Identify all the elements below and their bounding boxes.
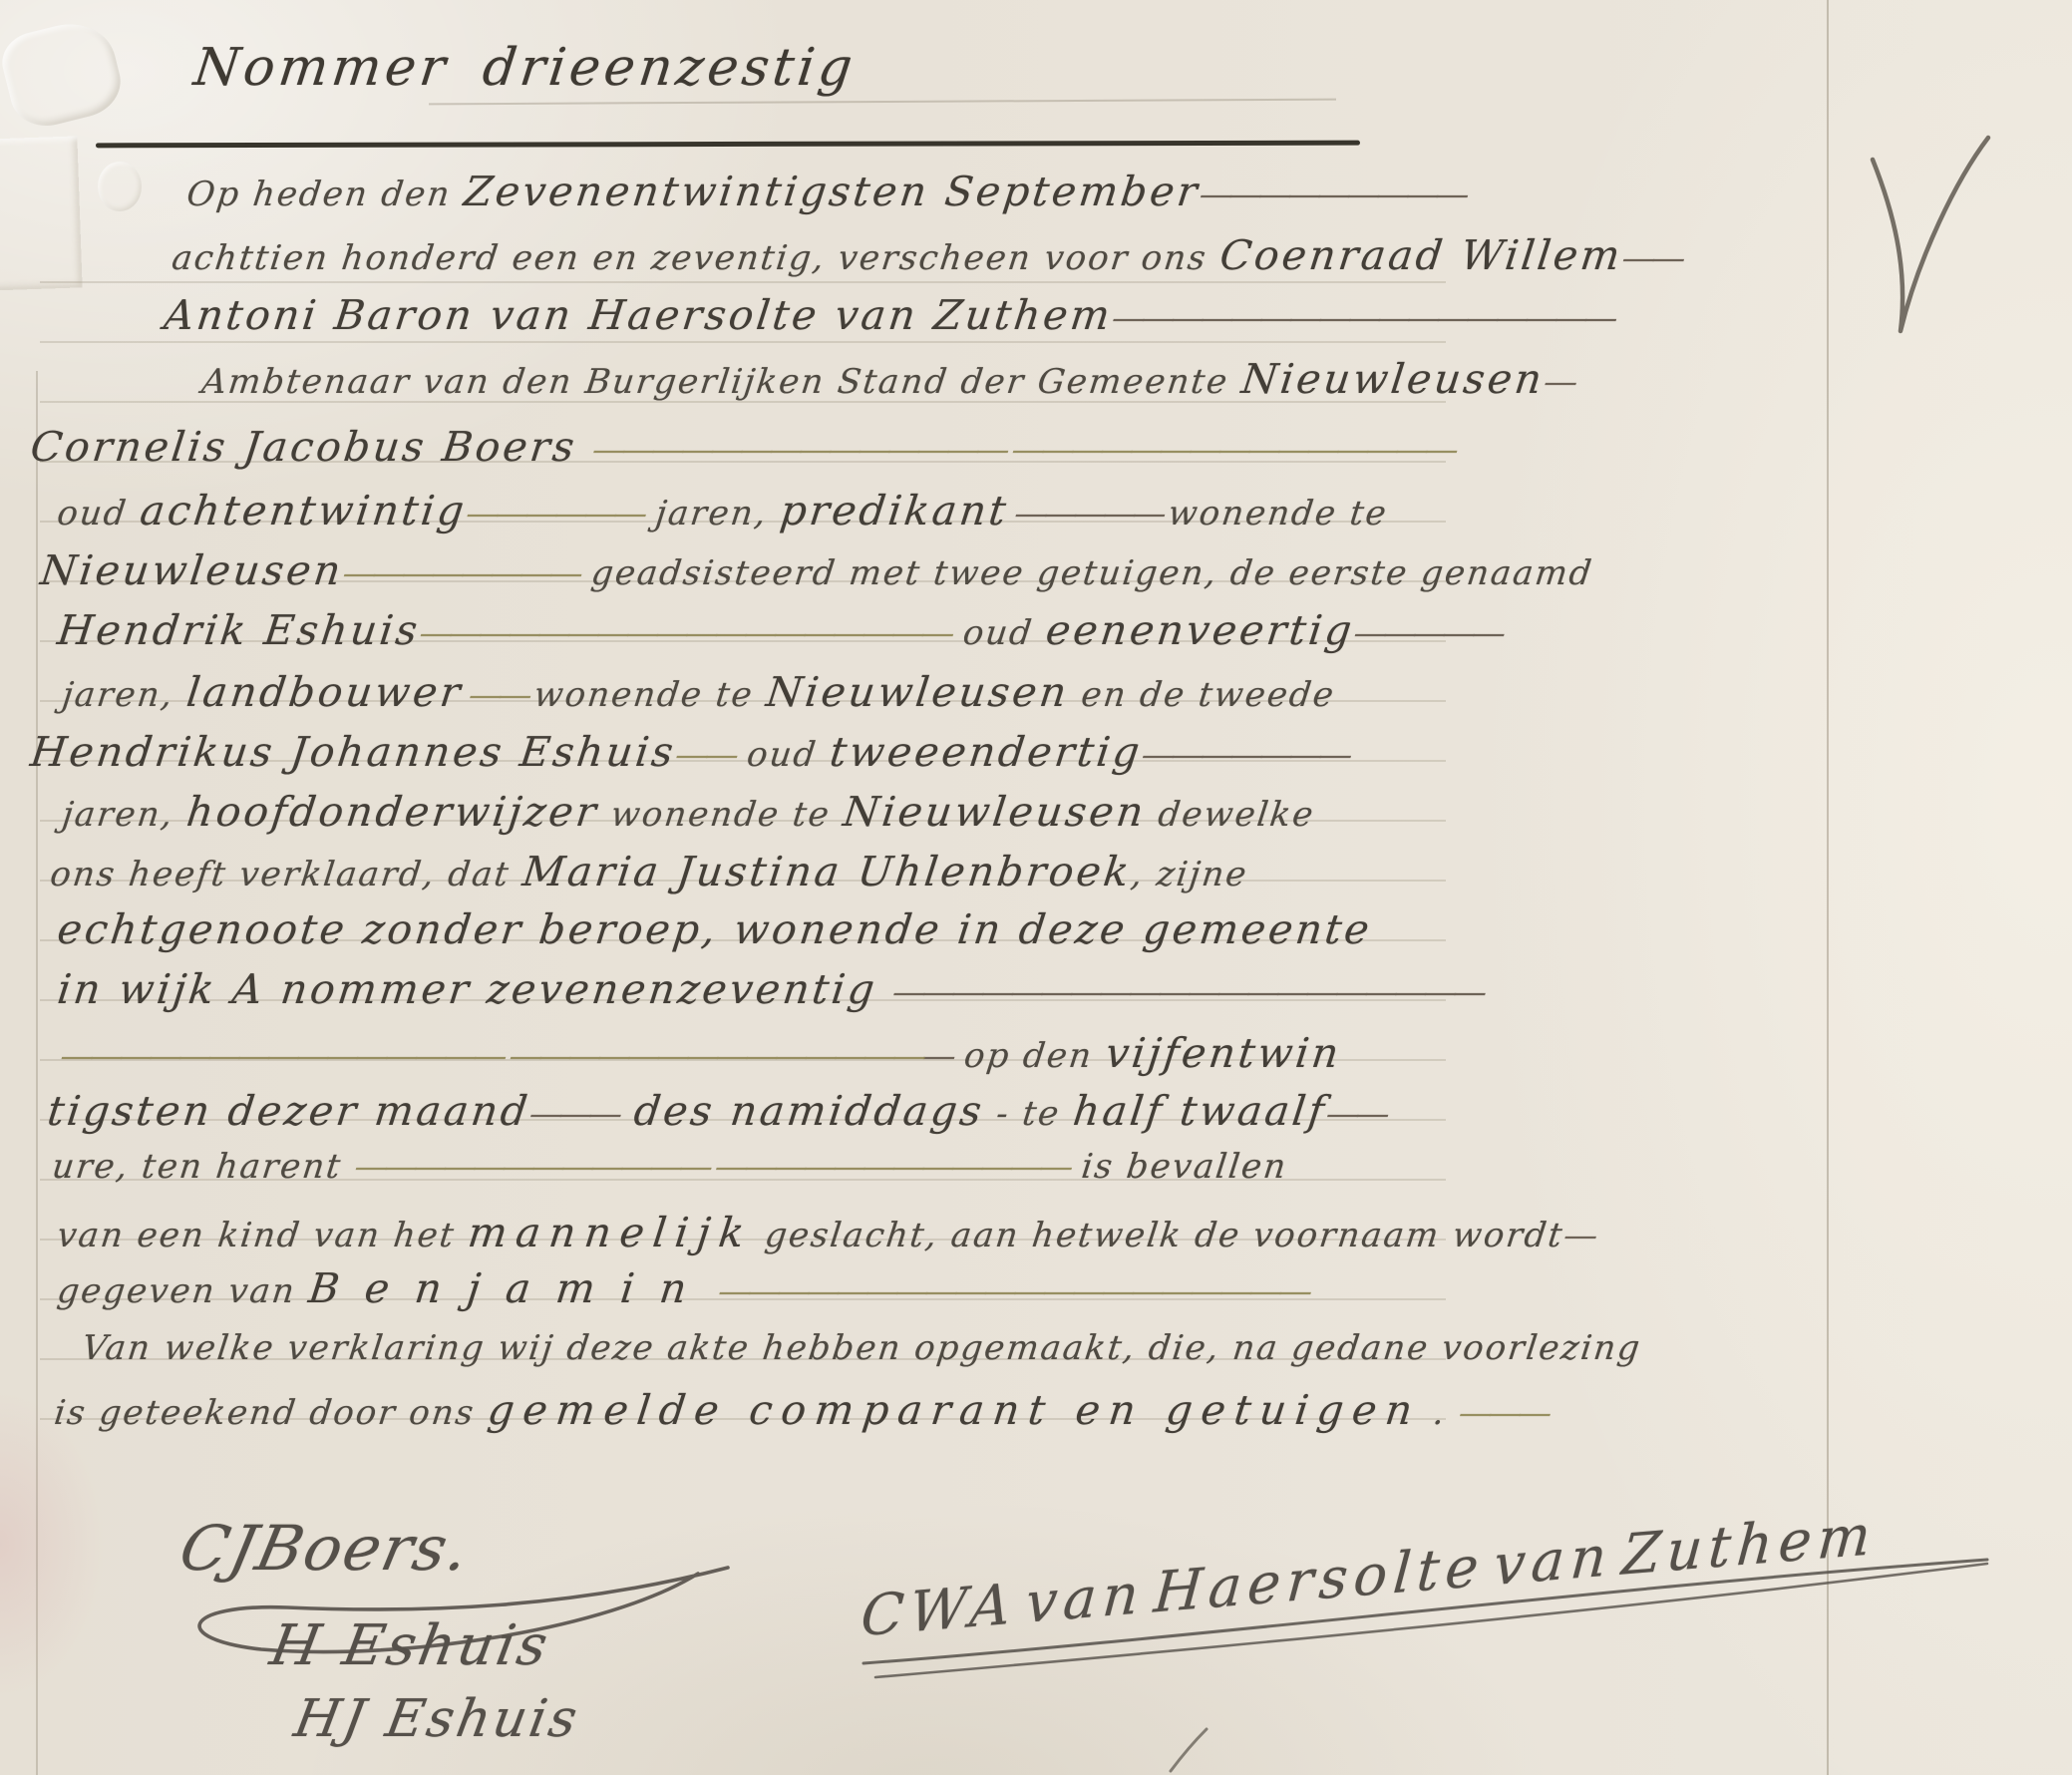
filled-in-text: Maria Justina Uhlenbroek bbox=[520, 848, 1135, 895]
akte-line-11: jaren, hoofdonderwijzer wonende te Nieuw… bbox=[60, 788, 1318, 836]
akte-line-15: ——————————————— ——————————————— op den v… bbox=[58, 1029, 1344, 1077]
filled-in-text: vijfentwin bbox=[1103, 1029, 1344, 1077]
akte-line-1: Op heden den Zevenentwintigsten Septembe… bbox=[184, 168, 1469, 215]
filled-in-text: mannelijk bbox=[466, 1209, 756, 1256]
filled-in-text: predikant bbox=[778, 487, 1012, 534]
signature-witness-hj-eshuis: HJ Eshuis bbox=[290, 1689, 584, 1749]
filled-in-text: Nieuwleusen bbox=[38, 546, 346, 594]
formula-text: oud bbox=[55, 494, 143, 533]
embossed-seal-crown bbox=[0, 14, 128, 134]
filler-stroke: ——— bbox=[1457, 1393, 1551, 1433]
signature-registrar-haersolte: CWA van Haersolte van Zuthem bbox=[859, 1503, 1879, 1650]
paper-margin-line-left bbox=[36, 371, 38, 1775]
signature-comparant-boers: CJBoers. bbox=[173, 1512, 478, 1585]
embossed-seal-dot bbox=[98, 162, 142, 211]
formula-text: geslacht, aan hetwelk de voornaam wordt bbox=[750, 1216, 1566, 1255]
filler-stroke: ————————————————— bbox=[1110, 298, 1616, 338]
akte-line-9: jaren, landbouwer —— wonende te Nieuwleu… bbox=[60, 668, 1338, 716]
formula-text: is bevallen bbox=[1067, 1147, 1290, 1187]
formula-text: . bbox=[1418, 1393, 1461, 1433]
akte-line-5: Cornelis Jacobus Boers —————————————— ——… bbox=[28, 423, 1458, 471]
formula-text: jaren, bbox=[60, 795, 189, 835]
akte-line-8: Hendrik Eshuis—————————————————— oud een… bbox=[55, 606, 1505, 654]
formula-text: ure, ten harent bbox=[50, 1147, 357, 1187]
filler-stroke: —— bbox=[1324, 1094, 1388, 1134]
heading-underline bbox=[429, 99, 1336, 106]
filler-stroke: ———————————————————— bbox=[709, 1271, 1310, 1311]
filler-stroke: —— bbox=[673, 735, 737, 775]
formula-text: Van welke verklaring wij deze akte hebbe… bbox=[80, 1328, 1644, 1368]
filled-in-text: Nieuwleusen bbox=[841, 788, 1149, 836]
filled-in-text: Zevenentwintigsten September bbox=[462, 168, 1204, 215]
filled-in-text: Hendrikus Johannes Eshuis bbox=[28, 728, 679, 776]
stray-pen-mark bbox=[1157, 1725, 1216, 1775]
header-rule bbox=[96, 141, 1360, 149]
filled-in-text: half twaalf bbox=[1071, 1087, 1330, 1135]
filled-in-text: Cornelis Jacobus Boers bbox=[28, 423, 596, 471]
signature-witness-h-eshuis: H Eshuis bbox=[265, 1613, 555, 1678]
filler-stroke: ——————— bbox=[1140, 735, 1351, 775]
formula-text: op den bbox=[949, 1036, 1108, 1076]
formula-text: dewelke bbox=[1143, 795, 1316, 835]
formula-text: ons heeft verklaard, dat bbox=[48, 855, 524, 894]
formula-text: wonende te bbox=[531, 675, 769, 715]
akte-line-13: echtgenoote zonder beroep, wonende in de… bbox=[55, 905, 1375, 953]
formula-text: geadsisteerd met twee getuigen, de eerst… bbox=[576, 553, 1595, 593]
akte-line-16: tigsten dezer maand——— des namiddags - t… bbox=[45, 1087, 1389, 1135]
formula-text: Ambtenaar van den Burgerlijken Stand der… bbox=[199, 362, 1243, 402]
filler-stroke: ———————————— ———————————— bbox=[352, 1147, 1071, 1187]
formula-text: jaren, bbox=[640, 494, 782, 533]
akte-line-12: ons heeft verklaard, dat Maria Justina U… bbox=[48, 848, 1251, 895]
filled-in-text: Benjamin bbox=[306, 1264, 715, 1312]
formula-text: - te bbox=[981, 1094, 1076, 1134]
formula-text: gegeven van bbox=[55, 1271, 311, 1311]
formula-text: achttien honderd een en zeventig, versch… bbox=[170, 238, 1222, 278]
filled-in-text: gemelde comparant en getuigen bbox=[486, 1386, 1425, 1434]
filler-stroke: ————— bbox=[1351, 613, 1504, 653]
formula-text: Op heden den bbox=[184, 175, 467, 214]
filled-in-text: Coenraad Willem bbox=[1217, 231, 1625, 279]
formula-text: jaren, bbox=[60, 675, 189, 715]
akte-line-2: achttien honderd een en zeventig, versch… bbox=[170, 231, 1684, 279]
filler-stroke: ————— bbox=[1006, 494, 1172, 533]
filler-stroke: — bbox=[1542, 362, 1576, 402]
filled-in-text: eenenveertig bbox=[1043, 606, 1357, 654]
formula-text: wonende te bbox=[1166, 494, 1390, 533]
filler-stroke: —————————————— ——————————————— bbox=[590, 430, 1457, 470]
akte-line-4: Ambtenaar van den Burgerlijken Stand der… bbox=[199, 355, 1576, 403]
filled-in-text: des namiddags bbox=[615, 1087, 987, 1135]
filled-in-text: tigsten dezer maand bbox=[45, 1087, 532, 1135]
filled-in-text: landbouwer bbox=[184, 668, 466, 716]
filler-stroke: ———————————————————— bbox=[890, 972, 1486, 1012]
akte-line-17: ure, ten harent ———————————— ———————————… bbox=[50, 1147, 1290, 1187]
filled-in-text: Nieuwleusen bbox=[764, 668, 1072, 716]
akte-line-19: gegeven van Benjamin ———————————————————… bbox=[55, 1264, 1311, 1312]
filler-stroke: ———————— bbox=[340, 553, 581, 593]
filled-in-text: Nieuwleusen bbox=[1239, 355, 1548, 403]
filled-in-text: in wijk A nommer zevenenzeventig bbox=[55, 965, 896, 1013]
akte-line-14: in wijk A nommer zevenenzeventig ———————… bbox=[55, 965, 1486, 1013]
formula-text: van een kind van het bbox=[55, 1216, 471, 1255]
filler-stroke: —————— bbox=[464, 494, 645, 533]
akte-line-21: is geteekend door ons gemelde comparant … bbox=[52, 1386, 1551, 1434]
record-number-heading: Nommer drieenzestig bbox=[190, 38, 859, 98]
filled-in-text: achtentwintig bbox=[138, 487, 470, 534]
filler-stroke: ——— bbox=[527, 1094, 621, 1134]
margin-paraph-flourish bbox=[1843, 126, 2002, 355]
filled-in-text: hoofdonderwijzer bbox=[184, 788, 602, 836]
filled-in-text: Antoni Baron van Haersolte van Zuthem bbox=[162, 291, 1116, 339]
filler-stroke: ——————————————— —————————————— bbox=[58, 1036, 924, 1076]
filler-stroke: — bbox=[1561, 1216, 1596, 1255]
akte-line-10: Hendrikus Johannes Eshuis—— oud tweeende… bbox=[28, 728, 1351, 776]
akte-line-7: Nieuwleusen———————— geadsisteerd met twe… bbox=[38, 546, 1596, 594]
formula-text: , zijne bbox=[1129, 855, 1250, 894]
filler-stroke: —— bbox=[460, 675, 536, 715]
formula-text: wonende te bbox=[596, 795, 847, 835]
formula-text: is geteekend door ons bbox=[52, 1393, 490, 1433]
filled-in-text: echtgenoote zonder beroep, wonende in de… bbox=[55, 905, 1375, 953]
akte-line-20: Van welke verklaring wij deze akte hebbe… bbox=[80, 1328, 1644, 1368]
formula-text: oud bbox=[948, 613, 1049, 653]
birth-record-page: Nommer drieenzestig Op heden den Zevenen… bbox=[0, 0, 2072, 1775]
akte-line-6: oud achtentwintig—————— jaren, predikant… bbox=[55, 487, 1391, 534]
formula-text: oud bbox=[732, 735, 833, 775]
filler-stroke: ————————— bbox=[1197, 175, 1467, 214]
formula-text: en de tweede bbox=[1066, 675, 1337, 715]
filler-stroke: —— bbox=[1619, 238, 1683, 278]
filled-in-text: Hendrik Eshuis bbox=[55, 606, 423, 654]
akte-line-18: van een kind van het mannelijk geslacht,… bbox=[55, 1209, 1596, 1256]
filled-in-text: tweeendertig bbox=[828, 728, 1146, 776]
embossed-seal-box bbox=[0, 136, 83, 290]
akte-line-3: Antoni Baron van Haersolte van Zuthem———… bbox=[162, 291, 1616, 339]
filler-stroke: —————————————————— bbox=[417, 613, 952, 653]
